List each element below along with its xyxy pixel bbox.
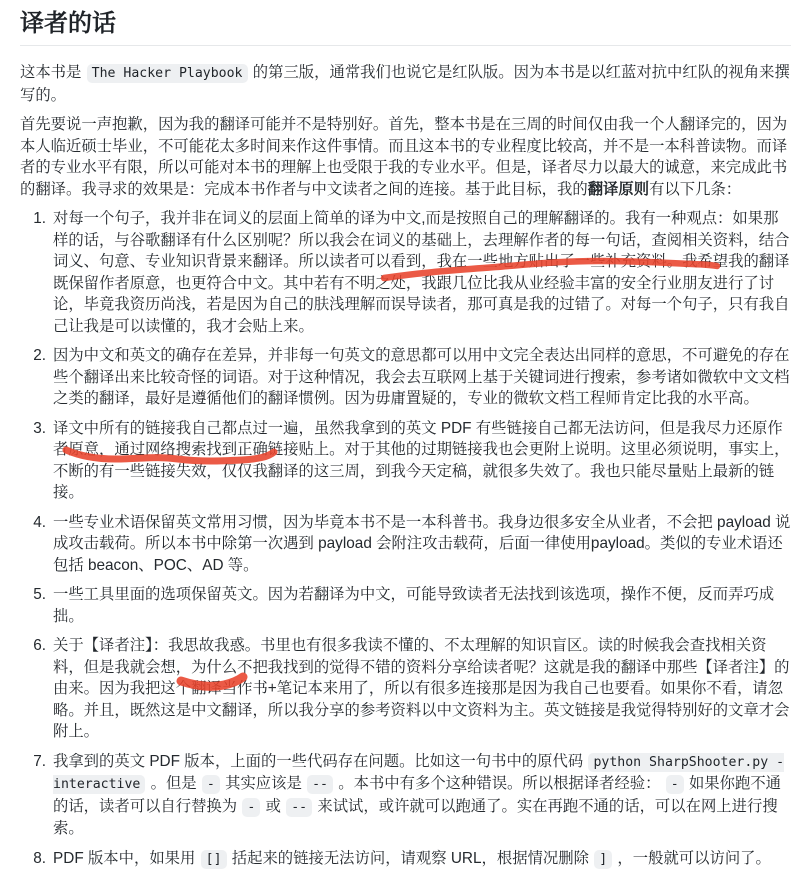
document-page: { "page": { "title": "译者的话", "colors": {… <box>0 0 811 882</box>
list-item: 6. 关于【译者注】：我思故我惑。书里也有很多我读不懂的、不太理解的知识盲区。读… <box>53 635 791 743</box>
list-item: 3. 译文中所有的链接我自己都点过一遍，虽然我拿到的英文 PDF 有些链接自己都… <box>53 418 791 504</box>
list-item: 5. 一些工具里面的选项保留英文。因为若翻译为中文，可能导致读者无法找到该选项，… <box>53 584 791 627</box>
intro-paragraph: 这本书是 The Hacker Playbook 的第三版，通常我们也说它是红队… <box>20 62 791 106</box>
inline-code: - <box>666 775 684 794</box>
list-item-number: 5. <box>20 584 46 606</box>
list-item-text: 因为中文和英文的确存在差异，并非每一句英文的意思都可以用中文完全表达出同样的意思… <box>53 347 790 407</box>
inline-code: - <box>242 798 260 817</box>
inline-code: ] <box>594 850 612 869</box>
list-item-text: 一些工具里面的选项保留英文。因为若翻译为中文，可能导致读者无法找到该选项，操作不… <box>53 586 774 625</box>
inline-code: [] <box>201 850 227 869</box>
list-item-text: 对每一个句子，我并非在词义的层面上简单的译为中文,而是按照自己的理解翻译的。我有… <box>53 210 790 335</box>
list-item-number: 6. <box>20 635 46 657</box>
inline-code: -- <box>307 775 333 794</box>
inline-code: -- <box>286 798 312 817</box>
list-item-number: 2. <box>20 345 46 367</box>
bold-text: 翻译原则 <box>588 181 649 198</box>
list-item-number: 3. <box>20 418 46 440</box>
list-item-number: 4. <box>20 512 46 534</box>
list-item-text: 关于【译者注】：我思故我惑。书里也有很多我读不懂的、不太理解的知识盲区。读的时候… <box>53 637 790 740</box>
list-item: 1. 对每一个句子，我并非在词义的层面上简单的译为中文,而是按照自己的理解翻译的… <box>53 208 791 337</box>
inline-code: - <box>202 775 220 794</box>
inline-code: The Hacker Playbook <box>87 64 248 83</box>
list-item-text: 我拿到的英文 PDF 版本，上面的一些代码存在问题。比如这一句书中的原代码 py… <box>53 753 784 838</box>
apology-paragraph: 首先要说一声抱歉，因为我的翻译可能并不是特别好。首先，整本书是在三周的时间仅由我… <box>20 114 791 200</box>
list-item: 8. PDF 版本中，如果用 [] 括起来的链接无法访问，请观察 URL，根据情… <box>53 848 791 871</box>
list-item-text: 一些专业术语保留英文常用习惯，因为毕竟本书不是一本科普书。我身边很多安全从业者，… <box>53 514 790 574</box>
list-item-text: 译文中所有的链接我自己都点过一遍，虽然我拿到的英文 PDF 有些链接自己都无法访… <box>53 420 790 502</box>
list-item-number: 8. <box>20 848 46 870</box>
document-body: 译者的话 这本书是 The Hacker Playbook 的第三版，通常我们也… <box>0 0 811 870</box>
list-item: 4. 一些专业术语保留英文常用习惯，因为毕竟本书不是一本科普书。我身边很多安全从… <box>53 512 791 577</box>
translation-principles-list: 1. 对每一个句子，我并非在词义的层面上简单的译为中文,而是按照自己的理解翻译的… <box>20 208 791 870</box>
page-title: 译者的话 <box>20 0 791 46</box>
list-item-number: 7. <box>20 751 46 773</box>
list-item-text: PDF 版本中，如果用 [] 括起来的链接无法访问，请观察 URL，根据情况删除… <box>53 850 771 867</box>
list-item-number: 1. <box>20 208 46 230</box>
list-item: 7. 我拿到的英文 PDF 版本，上面的一些代码存在问题。比如这一句书中的原代码… <box>53 751 791 840</box>
list-item: 2. 因为中文和英文的确存在差异，并非每一句英文的意思都可以用中文完全表达出同样… <box>53 345 791 410</box>
